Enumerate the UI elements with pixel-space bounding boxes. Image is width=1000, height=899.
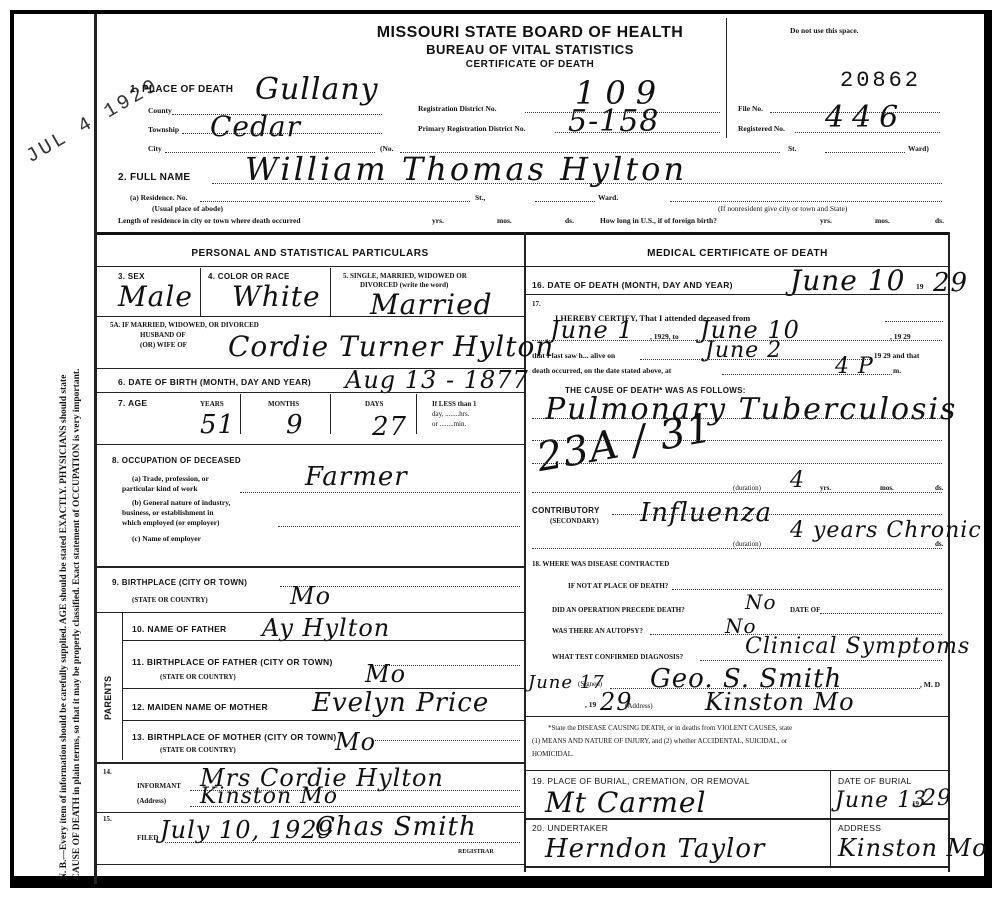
form-name: CERTIFICATE OF DEATH	[330, 59, 730, 70]
full-name-label: 2. FULL NAME	[118, 172, 190, 183]
township-line	[182, 133, 382, 134]
registrar-signature: Chas Smith	[315, 812, 477, 842]
item-17-number: 17.	[532, 300, 541, 308]
foreign-birth-label: How long in U.S., if of foreign birth?	[600, 216, 717, 225]
occ-b-line	[278, 526, 520, 527]
length-mos: mos.	[497, 216, 512, 225]
reg-district-label: Registration District No.	[418, 104, 497, 113]
duration-ds-1: ds.	[935, 484, 943, 492]
footnote-1: *State the DISEASE CAUSING DEATH, or in …	[548, 724, 792, 732]
age-months-label: MONTHS	[268, 400, 299, 408]
occ-a-label-1: (a) Trade, profession, or	[132, 474, 209, 483]
sex-race-divider	[200, 268, 201, 316]
informant-address-line	[190, 806, 520, 807]
side-instructions: N. B.—Every item of information should b…	[58, 369, 84, 880]
mother-bp-label: 13. BIRTHPLACE OF MOTHER (CITY OR TOWN)	[132, 732, 337, 742]
duration-mos-1: mos.	[880, 484, 894, 492]
city-label: City	[148, 144, 162, 153]
dob-label: 6. DATE OF BIRTH (MONTH, DAY AND YEAR)	[118, 377, 311, 387]
duration-label-2: (duration)	[733, 540, 761, 548]
marital-label-1: 5. SINGLE, MARRIED, WIDOWED OR	[343, 272, 467, 280]
operation-value: No	[745, 590, 777, 614]
age-years-label: YEARS	[200, 400, 224, 408]
last-saw-text: that I last saw h... alive on	[532, 351, 615, 360]
sex-value: Male	[118, 280, 193, 313]
header-divider	[726, 18, 727, 138]
ward-label: Ward)	[908, 144, 929, 153]
footnote-3: HOMICIDAL.	[532, 750, 574, 758]
undertaker-address-label: ADDRESS	[838, 823, 881, 833]
certificate-border	[10, 10, 992, 888]
foreign-yrs: yrs.	[820, 216, 832, 225]
physician-address-label: (Address)	[625, 702, 653, 710]
date-of-label: DATE OF	[790, 606, 820, 614]
filed-date-value: July 10, 1929	[160, 816, 334, 844]
row-rule-15	[97, 864, 524, 865]
parents-label: PARENTS	[103, 676, 113, 720]
reserved-note: Do not use this space.	[790, 26, 859, 35]
attended-from-line-1	[885, 321, 943, 322]
undertaker-address-value: Kinston Mo	[838, 834, 988, 862]
occupation-value: Farmer	[305, 462, 408, 492]
center-divider	[524, 232, 526, 872]
age-years-divider	[240, 394, 241, 434]
foreign-mos: mos.	[875, 216, 890, 225]
cause-line-3	[532, 463, 942, 464]
row-rule-8	[97, 566, 524, 568]
section-divider-top	[97, 232, 949, 235]
filed-line	[165, 842, 520, 843]
occ-b-label-2: business, or establishment in	[122, 508, 214, 517]
file-no-label: File No.	[738, 104, 763, 113]
row-rule-3	[97, 316, 524, 317]
contributory-value: Influenza	[640, 498, 772, 528]
length-of-residence-label: Length of residence in city or town wher…	[118, 216, 301, 225]
occupation-label: 8. OCCUPATION OF DECEASED	[112, 456, 241, 465]
contributory-line	[612, 514, 942, 515]
age-days-label: DAYS	[365, 400, 383, 408]
occ-c-label: (c) Name of employer	[132, 534, 201, 543]
row-rule-10	[122, 640, 524, 641]
occ-b-label-3: which employed (or employer)	[122, 518, 220, 527]
residence-label: (a) Residence. No.	[130, 193, 188, 202]
primary-reg-label: Primary Registration District No.	[418, 124, 525, 133]
duration-line-2	[532, 548, 942, 549]
burial-label: 19. PLACE OF BURIAL, CREMATION, OR REMOV…	[532, 776, 750, 786]
undertaker-label: 20. UNDERTAKER	[532, 823, 608, 833]
dod-label: 16. DATE OF DEATH (MONTH, DAY AND YEAR)	[532, 280, 733, 290]
personal-title-rule	[97, 266, 524, 267]
age-days-value: 27	[372, 412, 407, 442]
place-of-death-label: 1. PLACE OF DEATH	[130, 84, 233, 95]
father-bp-label: 11. BIRTHPLACE OF FATHER (CITY OR TOWN)	[132, 657, 333, 667]
right-inner-rule	[948, 232, 950, 872]
burial-date-label: DATE OF BURIAL	[838, 776, 911, 786]
ward-line	[825, 152, 905, 153]
father-value: Ay Hylton	[262, 614, 390, 642]
mother-bp-state-label: (STATE OR COUNTRY)	[160, 746, 236, 754]
informant-label: INFORMANT	[137, 782, 181, 790]
residence-st-label: St.,	[475, 193, 485, 202]
death-time-text: death occurred, on the date stated above…	[532, 366, 671, 375]
birthplace-label: 9. BIRTHPLACE (CITY OR TOWN)	[112, 578, 247, 587]
duration-yrs-1: yrs.	[820, 484, 831, 492]
race-marital-divider	[330, 268, 331, 316]
parents-divider	[122, 612, 123, 760]
operation-label: DID AN OPERATION PRECEDE DEATH?	[552, 606, 685, 614]
year-label: , 19	[585, 700, 596, 709]
row-rule-12	[122, 720, 524, 721]
physician-address-value: Kinston Mo	[705, 688, 855, 716]
row-rule-footnote	[526, 770, 948, 771]
residence-ward-line	[535, 201, 595, 202]
md-label: , M. D	[920, 680, 940, 689]
contributory-label: CONTRIBUTORY	[532, 506, 600, 515]
occ-a-label-2: particular kind of work	[122, 484, 198, 493]
length-ds: ds.	[565, 216, 574, 225]
father-bp-value: Mo	[365, 660, 406, 688]
death-time-value: 4 P	[835, 354, 874, 379]
burial-year-prefix: 19	[912, 800, 919, 808]
duration-value-2: 4 years Chronic	[790, 518, 982, 543]
secondary-label: (SECONDARY)	[550, 517, 599, 525]
or-min-label: or ........min.	[432, 420, 466, 428]
residence-line	[200, 201, 470, 202]
row-rule-7	[97, 444, 524, 445]
side-note-line-2: CAUSE OF DEATH in plain terms, so that i…	[71, 369, 84, 880]
county-label: County	[148, 106, 172, 115]
form-subtitle: BUREAU OF VITAL STATISTICS	[330, 42, 730, 57]
if-not-label: IF NOT AT PLACE OF DEATH?	[568, 582, 668, 590]
place-of-death-county-handwritten: Gullany	[255, 72, 379, 107]
mother-label: 12. MAIDEN NAME OF MOTHER	[132, 702, 268, 712]
if-not-line	[672, 589, 942, 590]
autopsy-label: WAS THERE AN AUTOPSY?	[552, 627, 643, 635]
duration-value-1: 4	[790, 468, 805, 493]
spouse-value: Cordie Turner Hylton	[228, 330, 554, 363]
full-name-line	[212, 183, 942, 184]
abode-note: (Usual place of abode)	[152, 204, 223, 213]
certificate-number: 20862	[840, 68, 921, 93]
spouse-label-2: HUSBAND OF	[140, 331, 186, 339]
primary-reg-value: 5-158	[568, 104, 659, 139]
dod-value: June 10	[790, 264, 905, 297]
race-value: White	[232, 280, 321, 313]
township-label: Township	[148, 125, 179, 134]
dob-value: Aug 13 - 1877	[345, 366, 529, 394]
duration-label-1: (duration)	[733, 484, 761, 492]
residence-ward-label: Ward.	[598, 193, 618, 202]
age-months-divider	[330, 394, 331, 434]
day-hrs-label: day, ........hrs.	[432, 410, 469, 418]
registrar-label: REGISTRAR	[458, 849, 494, 855]
birthplace-value: Mo	[290, 582, 331, 610]
cause-line-2	[532, 440, 942, 441]
row-rule-9	[97, 612, 524, 613]
age-days-divider	[416, 394, 417, 434]
foreign-ds: ds.	[935, 216, 944, 225]
burial-place-value: Mt Carmel	[545, 786, 706, 819]
st-label: St.	[788, 144, 797, 153]
father-bp-state-label: (STATE OR COUNTRY)	[160, 673, 236, 681]
nonresident-note: (If nonresident give city or town and St…	[718, 204, 847, 213]
test-line	[700, 660, 942, 661]
nonresident-line	[670, 201, 942, 202]
mother-value: Evelyn Price	[312, 688, 489, 718]
father-label: 10. NAME OF FATHER	[132, 624, 227, 634]
registered-no-value: 446	[825, 100, 906, 135]
row-rule-20	[526, 866, 948, 868]
last-saw-year: , 19 29 and that	[870, 351, 919, 360]
length-yrs: yrs.	[432, 216, 444, 225]
form-title: MISSOURI STATE BOARD OF HEALTH	[330, 24, 730, 42]
row-rule-signature	[526, 716, 948, 717]
informant-address-label: (Address)	[137, 797, 166, 805]
medical-section-title: MEDICAL CERTIFICATE OF DEATH	[530, 248, 945, 259]
date-of-line	[820, 613, 942, 614]
less-than-1-label: If LESS than 1	[432, 400, 477, 408]
mother-bp-value: Mo	[335, 728, 376, 756]
occ-a-line	[240, 492, 520, 493]
duration-ds-2: ds.	[935, 540, 943, 548]
filed-label: FILED	[137, 834, 158, 842]
m-label: m.	[893, 366, 901, 375]
informant-number: 14.	[103, 768, 112, 776]
test-label: WHAT TEST CONFIRMED DIAGNOSIS?	[552, 653, 683, 661]
cause-line-1	[532, 418, 942, 419]
age-months-value: 9	[286, 410, 304, 440]
footnote-2: (1) MEANS AND NATURE OF INJURY, and (2) …	[532, 737, 787, 745]
birthplace-state-label: (STATE OR COUNTRY)	[132, 596, 208, 604]
age-label: 7. AGE	[118, 398, 147, 408]
age-years-value: 51	[200, 410, 235, 440]
personal-section-title: PERSONAL AND STATISTICAL PARTICULARS	[100, 248, 520, 259]
signed-label: (Signed)	[578, 680, 602, 688]
spouse-label-1: 5A. IF MARRIED, WIDOWED, OR DIVORCED	[110, 321, 259, 329]
filed-number: 15.	[103, 815, 112, 823]
row-rule-6	[97, 392, 524, 393]
row-rule-16	[526, 294, 948, 295]
dod-year-prefix: 19	[916, 282, 924, 291]
registered-no-label: Registered No.	[738, 124, 785, 133]
side-note-line-1: N. B.—Every item of information should b…	[58, 369, 71, 880]
occ-b-label-1: (b) General nature of industry,	[132, 498, 230, 507]
duration-line-1	[532, 492, 942, 493]
undertaker-value: Herndon Taylor	[545, 834, 765, 864]
burial-year-value: 29	[922, 786, 952, 811]
left-margin-rule	[94, 14, 97, 884]
where-contracted-label: 18. WHERE WAS DISEASE CONTRACTED	[532, 560, 669, 568]
township-value: Cedar	[210, 110, 301, 143]
spouse-label-3: (OR) WIFE OF	[140, 341, 187, 349]
mother-bp-line	[375, 740, 520, 741]
row-rule-19	[526, 818, 948, 820]
test-value: Clinical Symptoms	[745, 634, 970, 659]
